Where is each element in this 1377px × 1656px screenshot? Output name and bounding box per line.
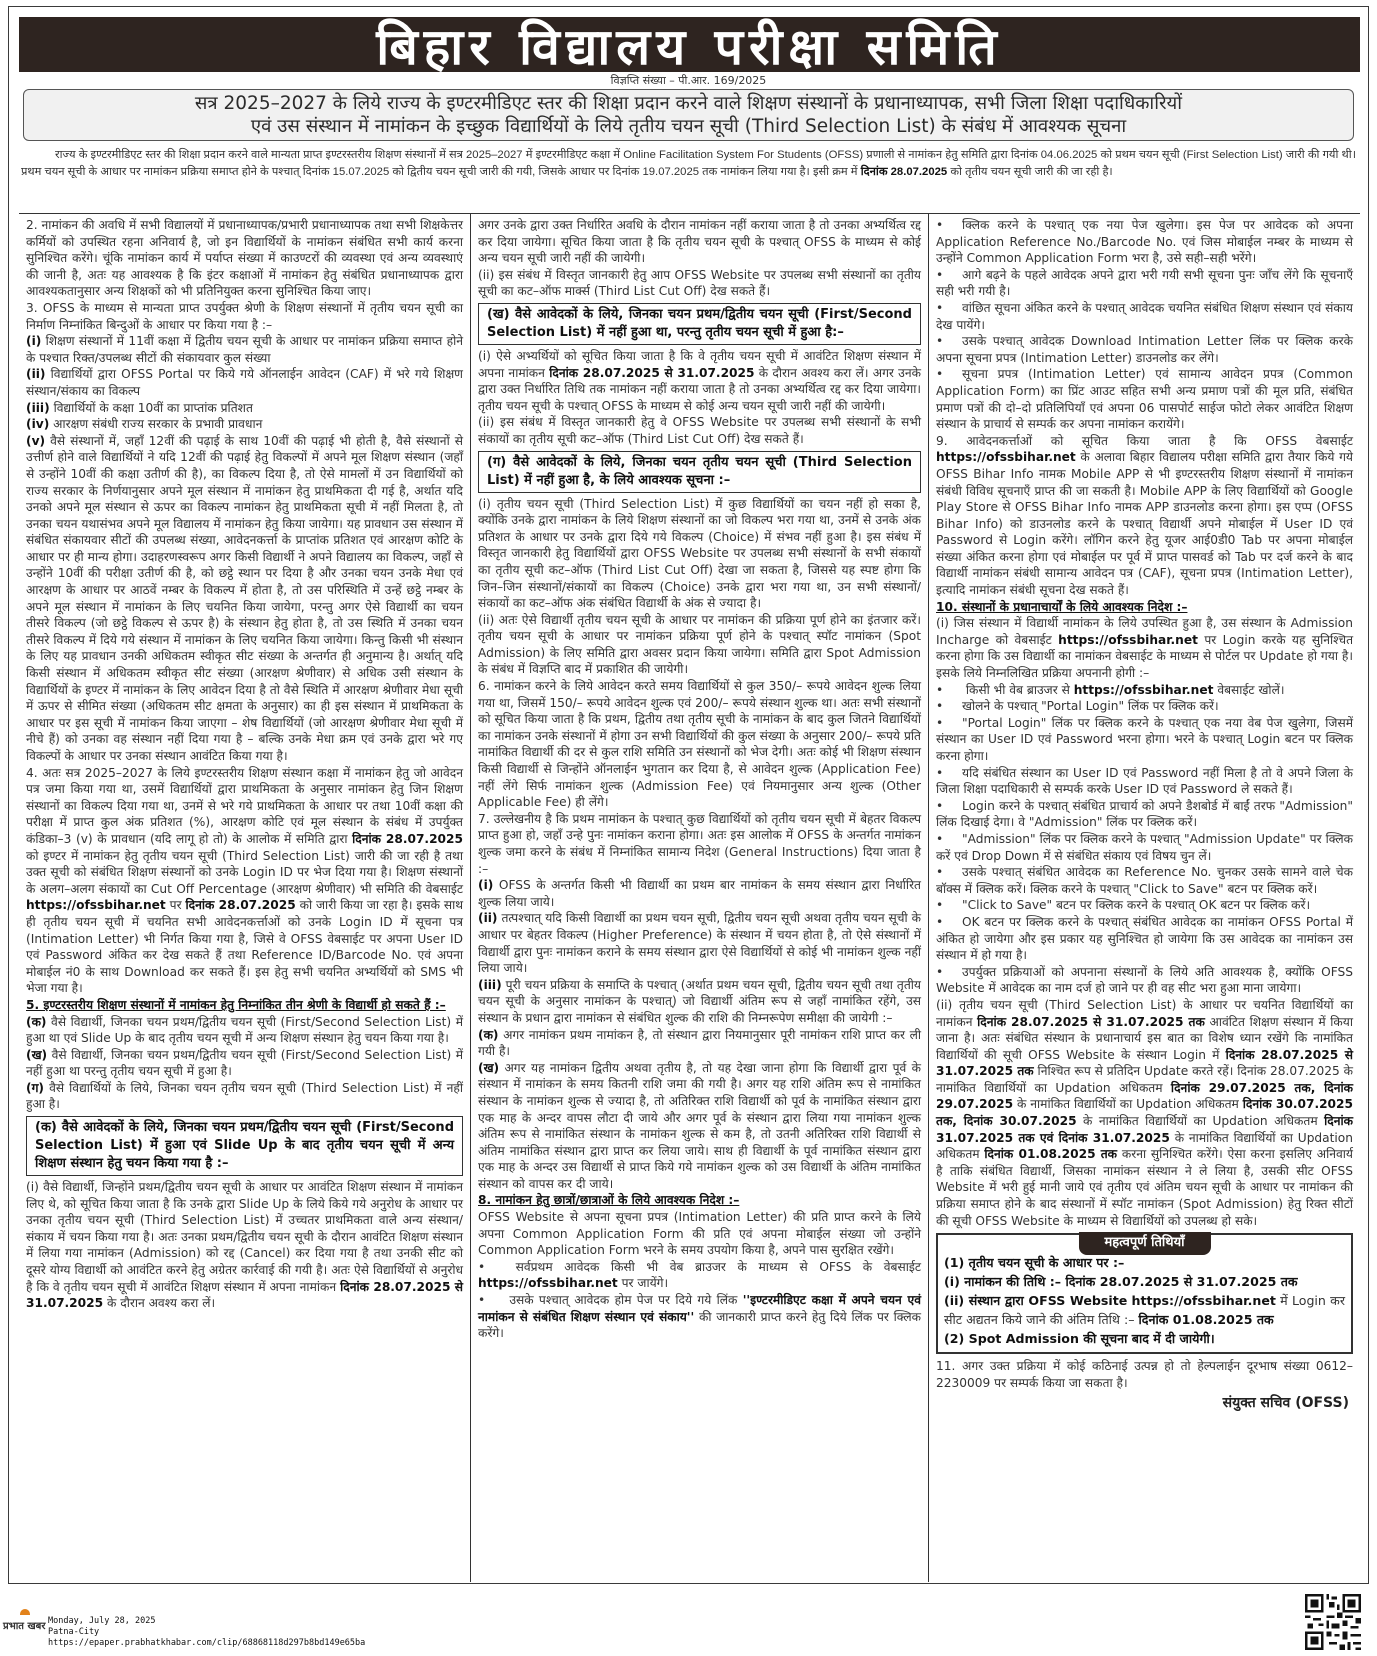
kha-item-i: (i) ऐसे अभ्यर्थियों को सूचित किया जाता ह… [478,348,921,414]
step-bullet: OK बटन पर क्लिक करने के पश्चात् संबंधित … [936,914,1353,964]
step-bullet: Login करने के पश्चात् संबंधित प्राचार्य … [936,798,1353,831]
para-4: 4. अतः सत्र 2025–2027 के लिये इण्टरस्तरी… [26,765,463,997]
intro-paragraph: राज्य के इण्टरमीडिएट स्तर की शिक्षा प्रद… [21,147,1356,181]
step-bullet: किसी भी वेब ब्राउजर से https://ofssbihar… [936,682,1353,699]
masthead: बिहार विद्यालय परीक्षा समिति [19,17,1360,72]
para-11-helpline: 11. अगर उक्त प्रक्रिया में कोई कठिनाई उत… [936,1358,1353,1391]
ofss-link[interactable]: https://ofssbihar.net [478,1276,618,1290]
ka-continued: अगर उनके द्वारा उक्त निर्धारित अवधि के द… [478,217,921,267]
para-8-bullet: उसके पश्चात् आवेदक होम पेज पर दिये गये ल… [478,1292,921,1342]
step-bullet: "Portal Login" लिंक पर क्लिक करने के पश्… [936,715,1353,765]
column-3: क्लिक करने के पश्चात् एक नया पेज खुलेगा।… [929,214,1360,1582]
para-10-item-i: (i) जिस संस्थान में विद्यार्थी नामांकन क… [936,615,1353,681]
notice-columns: 2. नामांकन की अवधि में सभी विद्यालयों मे… [19,213,1360,1582]
para-5-item: (ग) वैसे विद्यार्थियों के लिये, जिनका चय… [26,1080,463,1113]
para-3-item: (iv) आरक्षण संबंधी राज्य सरकार के प्रभाव… [26,416,463,433]
para-3-item: (v) वैसे संस्थानों में, जहाँ 12वीं की पढ… [26,433,463,765]
para-6: 6. नामांकन करने के लिये आवेदन करते समय व… [478,678,921,811]
column-2: अगर उनके द्वारा उक्त निर्धारित अवधि के द… [471,214,929,1582]
para-3-item: (iii) विद्यार्थियों के कक्षा 10वीं का प्… [26,400,463,417]
important-dates-box: महत्वपूर्ण तिथियाँ (1) तृतीय चयन सूची के… [936,1233,1353,1354]
ofss-link[interactable]: https://ofssbihar.net [936,450,1076,464]
intro-text-end: को तृतीय चयन सूची जारी की जा रही है। [950,166,1112,178]
box-heading-ka: (क) वैसे आवेदकों के लिये, जिनका चयन प्रथ… [26,1116,463,1176]
ofss-link[interactable]: https://ofssbihar.net [26,898,166,912]
column-1: 2. नामांकन की अवधि में सभी विद्यालयों मे… [19,214,471,1582]
para-5-heading: 5. इण्टरस्तरीय शिक्षण संस्थानों में नामा… [26,997,463,1014]
para-8-bullet: सर्वप्रथम आवेदक किसी भी वेब ब्राउजर के म… [478,1259,921,1292]
clip-meta: Monday, July 28, 2025 Patna-City https:/… [48,1616,365,1649]
para-7-item: (ii) तत्पश्चात् यदि किसी विद्यार्थी का प… [478,910,921,976]
para-3-item: (ii) विद्यार्थियों द्वारा OFSS Portal पर… [26,366,463,399]
step-bullet: उसके पश्चात् आवेदक Download Intimation L… [936,333,1353,366]
dates-line: (1) तृतीय चयन सूची के आधार पर :– [944,1253,1345,1272]
important-dates-title: महत्वपूर्ण तिथियाँ [1078,1232,1210,1255]
ofss-link[interactable]: https://ofssbihar.net [1058,633,1198,647]
para-8-heading: 8. नामांकन हेतु छात्रों/छात्राओं के लिये… [478,1192,921,1209]
intro-text: राज्य के इण्टरमीडिएट स्तर की शिक्षा प्रद… [21,149,1356,178]
ofss-link[interactable]: https://ofssbihar.net [1132,1293,1276,1308]
para-9: 9. आवेदनकर्त्ताओं को सूचित किया जाता है … [936,433,1353,599]
ka-item-ii: (ii) इस संबंध में विस्तृत जानकारी हेतु आ… [478,267,921,300]
para-3: 3. OFSS के माध्यम से मान्यता प्राप्त उपर… [26,300,463,333]
clip-date: Monday, July 28, 2025 [48,1616,365,1627]
signature: संयुक्त सचिव (OFSS) [936,1395,1353,1412]
para-8-text: OFSS Website से अपना सूचना प्रपत्र (Inti… [478,1209,921,1259]
para-7: 7. उल्लेखनीय है कि प्रथम नामांकन के पश्च… [478,811,921,877]
subject-box: सत्र 2025–2027 के लिये राज्य के इण्टरमीड… [23,89,1354,141]
ga-item-i: (i) तृतीय चयन सूची (Third Selection List… [478,496,921,612]
step-bullet: यदि संबंधित संस्थान का User ID एवं Passw… [936,765,1353,798]
ga-item-ii: (ii) अतः ऐसे विद्यार्थी तृतीय चयन सूची क… [478,612,921,678]
dates-line: (2) Spot Admission की सूचना बाद में दी ज… [944,1329,1345,1348]
step-bullet: उपर्युक्त प्रक्रियाओं को अपनाना संस्थानो… [936,964,1353,997]
notice-number: विज्ञप्ति संख्या – पी.आर. 169/2025 [9,73,1368,88]
ofss-link[interactable]: https://ofssbihar.net [1074,683,1214,697]
para-2: 2. नामांकन की अवधि में सभी विद्यालयों मे… [26,217,463,300]
sun-icon [20,1609,30,1615]
para-7-item: (i) OFSS के अन्तर्गत किसी भी विद्यार्थी … [478,877,921,910]
epaper-footer: प्रभात खबर Monday, July 28, 2025 Patna-C… [0,1596,1377,1656]
clip-edition: Patna-City [48,1627,365,1638]
para-3-item: (i) शिक्षण संस्थानों में 11वीं कक्षा में… [26,333,463,366]
notice-page: बिहार विद्यालय परीक्षा समिति विज्ञप्ति स… [8,6,1369,1584]
para-5-item: (ख) वैसे विद्यार्थी, जिनका चयन प्रथम/द्व… [26,1047,463,1080]
step-bullet: खोलने के पश्चात् "Portal Login" लिंक पर … [936,698,1353,715]
kha-item-ii: (ii) इस संबंध में विस्तृत जानकारी हेतु व… [478,414,921,447]
para-5-item: (क) वैसे विद्यार्थी, जिनका चयन प्रथम/द्व… [26,1014,463,1047]
para-10-heading: 10. संस्थानों के प्रधानाचार्यों के लिये … [936,599,1353,616]
para-7-item: (iii) पूरी चयन प्रक्रिया के समाप्ति के प… [478,977,921,1027]
intro-date: दिनांक 28.07.2025 [861,166,947,178]
ka-item-i: (i) वैसे विद्यार्थी, जिन्होंने प्रथम/द्व… [26,1179,463,1312]
para-7-item: (ख) अगर यह नामांकन द्वितीय अथवा तृतीय है… [478,1060,921,1193]
step-bullet: सूचना प्रपत्र (Intimation Letter) एवं सा… [936,366,1353,432]
step-bullet: "Click to Save" बटन पर क्लिक करने के पश्… [936,897,1353,914]
publisher-logo: प्रभात खबर [3,1618,45,1632]
step-bullet: वांछित सूचना अंकित करने के पश्चात् आवेदक… [936,300,1353,333]
box-heading-ga: (ग) वैसे आवेदकों के लिये, जिनका चयन तृती… [478,451,921,493]
step-bullet: उसके पश्चात् संबंधित आवेदक का Reference … [936,864,1353,897]
para-7-item: (क) अगर नामांकन प्रथम नामांकन है, तो संस… [478,1027,921,1060]
para-10-item-ii: (ii) तृतीय चयन सूची (Third Selection Lis… [936,997,1353,1229]
qr-code-icon [1305,1594,1361,1650]
dates-line: (i) नामांकन की तिथि :– दिनांक 28.07.2025… [944,1272,1345,1291]
dates-line: (ii) संस्थान द्वारा OFSS Website https:/… [944,1291,1345,1329]
box-heading-kha: (ख) वैसे आवेदकों के लिये, जिनका चयन प्रथ… [478,303,921,345]
subject-line-2: एवं उस संस्थान में नामांकन के इच्छुक विद… [24,115,1353,138]
step-bullet: "Admission" लिंक पर क्लिक करने के पश्चात… [936,831,1353,864]
step-bullet: क्लिक करने के पश्चात् एक नया पेज खुलेगा।… [936,217,1353,267]
subject-line-1: सत्र 2025–2027 के लिये राज्य के इण्टरमीड… [24,92,1353,115]
step-bullet: आगे बढ़ने के पहले आवेदक अपने द्वारा भरी … [936,267,1353,300]
clip-url[interactable]: https://epaper.prabhatkhabar.com/clip/68… [48,1638,365,1649]
